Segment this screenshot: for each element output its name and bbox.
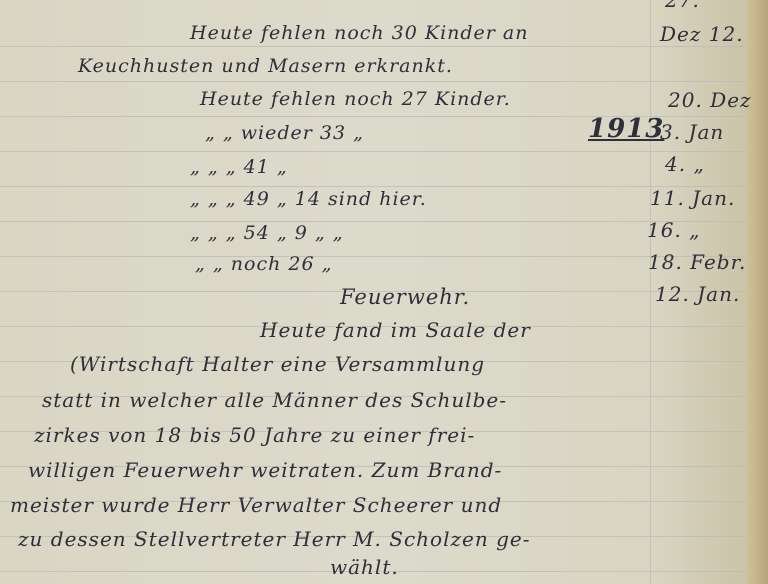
- entry-date: 11. Jan.: [650, 186, 735, 210]
- entry-text: Heute fehlen noch 30 Kinder an: [190, 22, 529, 44]
- paragraph-line: statt in welcher alle Männer des Schulbe…: [42, 388, 507, 412]
- entry-date: 16. „: [647, 218, 701, 242]
- entry-text: „ „ noch 26 „: [195, 253, 332, 275]
- paragraph-line: zu dessen Stellvertreter Herr M. Scholze…: [18, 527, 530, 551]
- section-date: 12. Jan.: [655, 282, 740, 306]
- entry-date: 4. „: [665, 152, 705, 176]
- entry-text: Keuchhusten und Masern erkrankt.: [78, 55, 453, 77]
- entry-text: Heute fehlen noch 27 Kinder.: [200, 88, 511, 110]
- paragraph-line: meister wurde Herr Verwalter Scheerer un…: [10, 493, 502, 517]
- paragraph-line: zirkes von 18 bis 50 Jahre zu einer frei…: [34, 423, 475, 447]
- entry-text: „ „ „ 54 „ 9 „ „: [190, 222, 344, 244]
- paragraph-line: (Wirtschaft Halter eine Versammlung: [70, 352, 485, 376]
- section-heading: Feuerwehr.: [340, 285, 470, 309]
- margin-line: [650, 0, 651, 584]
- year-marker: 1913: [588, 114, 664, 144]
- entry-date: 20. Dez: [668, 88, 752, 112]
- paragraph-line: willigen Feuerwehr weitraten. Zum Brand-: [28, 458, 502, 482]
- entry-text: „ „ „ 41 „: [190, 156, 288, 178]
- entry-text: „ „ „ 49 „ 14 sind hier.: [190, 188, 427, 210]
- entry-date: Dez 12.: [660, 22, 744, 46]
- entry-date: 3. Jan: [660, 120, 724, 144]
- partial-date: 27.: [665, 0, 700, 12]
- paragraph-line: Heute fand im Saale der: [260, 318, 531, 342]
- paragraph-line: wählt.: [330, 555, 399, 579]
- entry-text: „ „ wieder 33 „: [205, 122, 364, 144]
- entry-date: 18. Febr.: [648, 250, 746, 274]
